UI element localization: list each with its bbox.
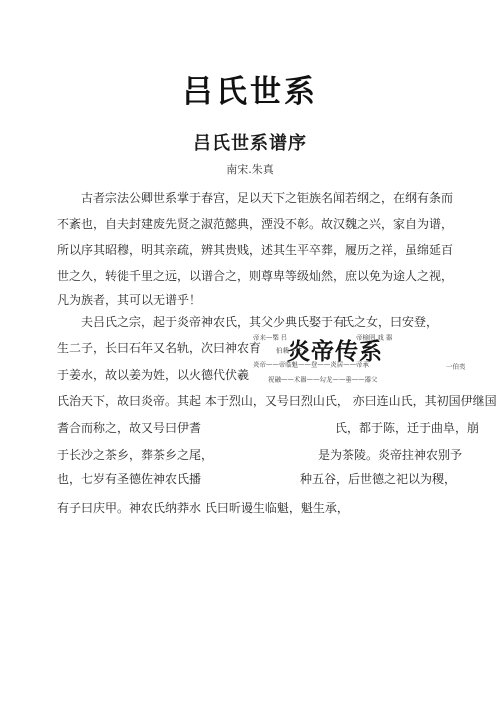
body-line: 氏，都于陈，迁于曲阜，崩: [335, 421, 479, 435]
body-line: 也，七岁有圣德佐神农氏播: [57, 472, 201, 486]
body-line: 是为茶陵。炎帝拄神农别予: [318, 448, 462, 462]
body-line: 于姜水，故以姜为姓，以火德代伏羲: [57, 368, 249, 382]
preface-line: 世之久，转徙千里之远，以谱合之，则尊卑等级灿然，庶以免为途人之视，: [57, 269, 453, 283]
body-line: 有子曰庆甲。神农氏纳莽水 氏曰昕谩生临魁，魁生承，: [57, 501, 349, 515]
preface-line: 古者宗法公卿世系掌于春宫，足以天下之钜族名闻若纲之，在纲有条而: [81, 191, 453, 205]
diagram-node-row: 帝来—㮣 㠯: [253, 334, 287, 341]
page-title: 吕氏世系: [0, 66, 500, 111]
body-line: 氏治天下，故曰炎帝。其起 本于烈山，又号曰烈山氏， 亦曰连山氏，其初国伊继国: [57, 394, 497, 408]
body-line: 种五谷，后世德之祀以为稷，: [300, 472, 456, 486]
page-subtitle: 吕氏世系谱序: [0, 129, 500, 155]
document-page: 吕氏世系 吕氏世系谱序 南宋.朱真 古者宗法公卿世系掌于春宫，足以天下之钜族名闻…: [0, 0, 500, 708]
body-line: 于长沙之茶乡，葬茶乡之尾，: [57, 448, 213, 462]
body-line: 夫吕氏之宗，起于炎帝神农氏，其父少典氏娶于有: [81, 315, 345, 329]
preface-line: 凡为族者，其可以无谱乎！: [57, 293, 201, 307]
preface-line: 不紊也，自夫封建废先贤之淑范懿典，湮没不彰。故汉魏之兴，家自为谱，: [57, 217, 453, 231]
preface-line: 所以序其昭穆，明其亲疏，辨其贵贱，述其生平卒葬，履历之祥，虽绵延百: [57, 243, 453, 257]
body-line: 耆合而称之，故又号曰伊耆: [57, 421, 201, 435]
body-line: 氏之女，曰安登，: [342, 315, 438, 329]
diagram-node-row: 一伯夷: [446, 363, 465, 370]
diagram-node-row: 炎帝——帝临魁——登——炎居——帝承: [253, 361, 369, 368]
author-line: 南宋.朱真: [0, 161, 500, 177]
body-line: 生二子，长曰石年又名轨，次曰神农育: [57, 341, 261, 355]
diagram-node-row: 祝融——术嚣——勾龙——垂——器父: [268, 376, 377, 383]
